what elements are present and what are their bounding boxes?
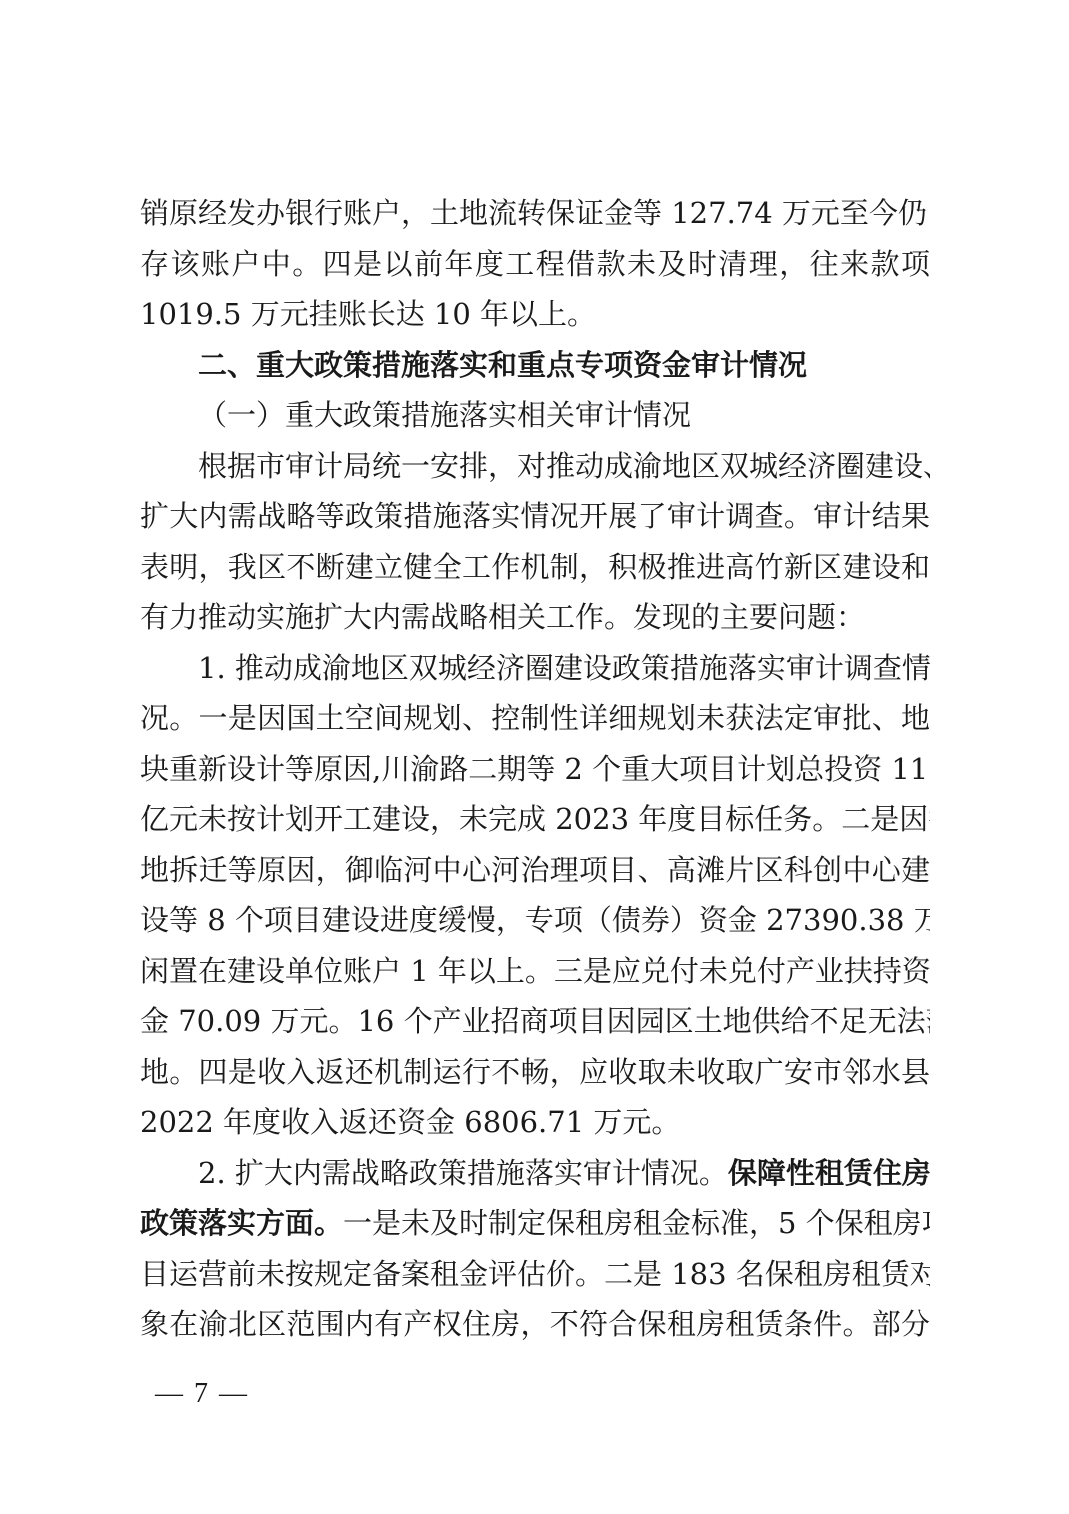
text-line: 根据市审计局统一安排，对推动成渝地区双城经济圈建设、 — [140, 441, 930, 492]
text-line: 况。一是因国土空间规划、控制性详细规划未获法定审批、地 — [140, 693, 930, 744]
text-line: 政策落实方面。一是未及时制定保租房租金标准，5 个保租房项 — [140, 1198, 930, 1249]
text-line: 金 70.09 万元。16 个产业招商项目因园区土地供给不足无法落 — [140, 996, 930, 1047]
text-line: 设等 8 个项目建设进度缓慢，专项（债券）资金 27390.38 万元 — [140, 895, 930, 946]
text-line: 块重新设计等原因,川渝路二期等 2 个重大项目计划总投资 11.6 — [140, 744, 930, 795]
text-line: 扩大内需战略等政策措施落实情况开展了审计调查。审计结果 — [140, 491, 930, 542]
text-line: 表明，我区不断建立健全工作机制，积极推进高竹新区建设和 — [140, 542, 930, 593]
text-line: 有力推动实施扩大内需战略相关工作。发现的主要问题： — [140, 592, 930, 643]
text-line: 象在渝北区范围内有产权住房，不符合保租房租赁条件。部分 — [140, 1299, 930, 1350]
subsection-heading: （一）重大政策措施落实相关审计情况 — [140, 390, 930, 441]
text-line: 亿元未按计划开工建设，未完成 2023 年度目标任务。二是因征 — [140, 794, 930, 845]
text-line: 1. 推动成渝地区双城经济圈建设政策措施落实审计调查情 — [140, 643, 930, 694]
text-line: 2. 扩大内需战略政策措施落实审计情况。保障性租赁住房 — [140, 1148, 930, 1199]
bold-topic: 保障性租赁住房 — [728, 1156, 930, 1190]
text-line: 目运营前未按规定备案租金评估价。二是 183 名保租房租赁对 — [140, 1249, 930, 1300]
text-line: 地拆迁等原因，御临河中心河治理项目、高滩片区科创中心建 — [140, 845, 930, 896]
text-span: 一是未及时制定保租房租金标准，5 个保租房项 — [343, 1206, 930, 1240]
bold-topic: 政策落实方面。 — [140, 1206, 343, 1240]
section-heading: 二、重大政策措施落实和重点专项资金审计情况 — [140, 340, 930, 391]
document-body: 销原经发办银行账户，土地流转保证金等 127.74 万元至今仍留 存该账户中。四… — [140, 188, 930, 1350]
text-line: 闲置在建设单位账户 1 年以上。三是应兑付未兑付产业扶持资 — [140, 946, 930, 997]
text-line: 地。四是收入返还机制运行不畅，应收取未收取广安市邻水县 — [140, 1047, 930, 1098]
text-line: 1019.5 万元挂账长达 10 年以上。 — [140, 289, 930, 340]
text-line: 2022 年度收入返还资金 6806.71 万元。 — [140, 1097, 930, 1148]
item2-title: 2. 扩大内需战略政策措施落实审计情况。 — [198, 1156, 728, 1190]
text-line: 销原经发办银行账户，土地流转保证金等 127.74 万元至今仍留 — [140, 188, 930, 239]
page-number: — 7 — — [155, 1378, 249, 1410]
text-line: 存该账户中。四是以前年度工程借款未及时清理，往来款项 — [140, 239, 930, 290]
